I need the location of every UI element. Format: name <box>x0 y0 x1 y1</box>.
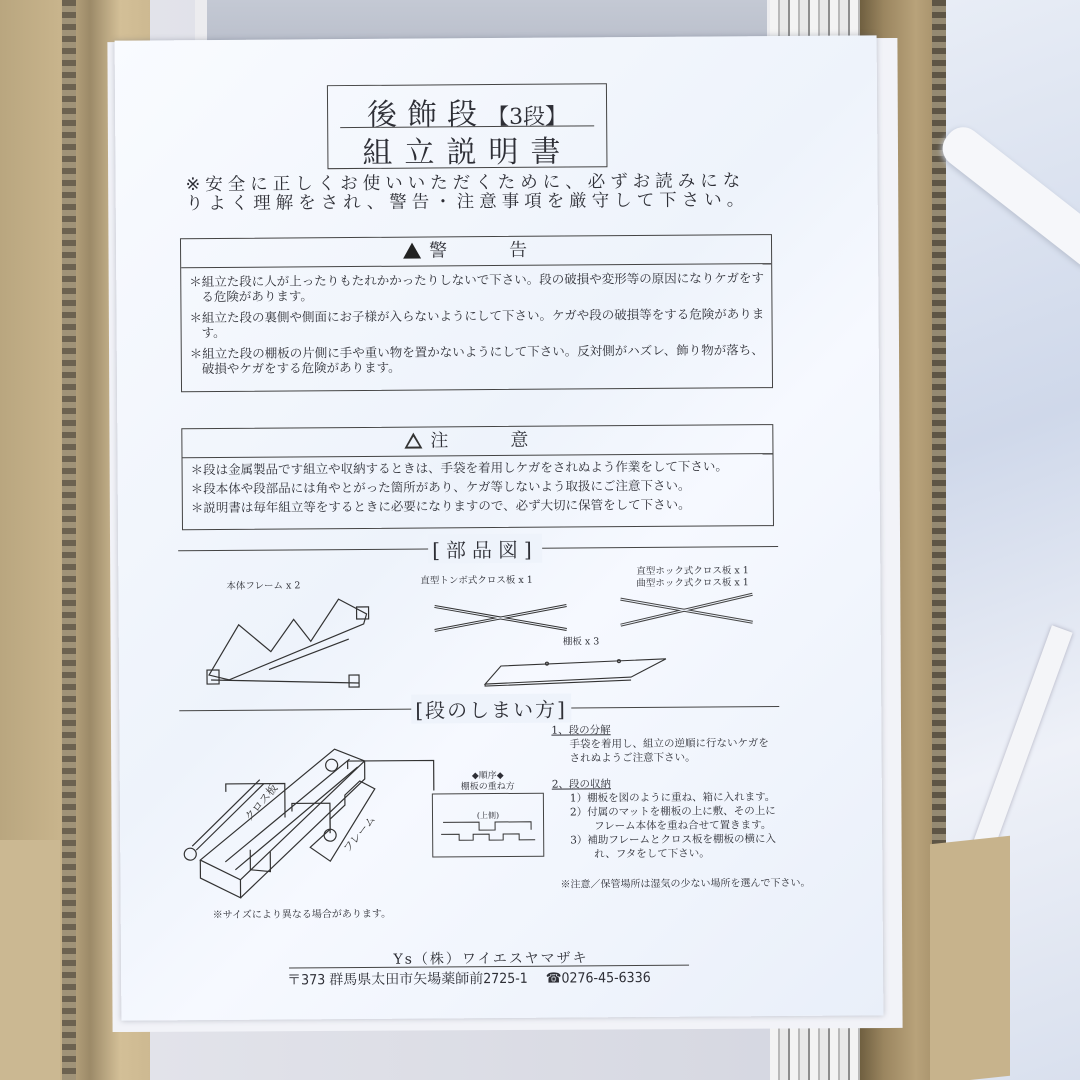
box-flap-left <box>0 840 60 1080</box>
warning-heading-text: 警 告 <box>429 240 549 262</box>
order-heading: ◆順序◆ <box>438 771 538 783</box>
warning-item: ＊組立た段の裏側や側面にお子様が入らないようにして下さい。ケガや段の破損等をする… <box>181 306 771 340</box>
frame-label: フレーム <box>341 813 379 855</box>
shelf-board-drawing <box>481 647 671 688</box>
stacking-order-drawing <box>439 818 537 849</box>
straight-dragonfly-cross-drawing <box>430 598 570 639</box>
title-box: 後飾段【3段】 組立説明書 <box>327 83 608 169</box>
storage-steps: 1、段の分解 手袋を着用し、組立の逆順に行ないケガを されぬようご注意下さい。 … <box>551 722 852 862</box>
intro-text: ※安全に正しくお使いいただくために、必ずお読みになりよく理解をされ、警告・注意事… <box>186 172 761 214</box>
size-note: ※サイズにより異なる場合があります。 <box>213 905 392 921</box>
part-label-curved-hook-cross: 曲型ホック式クロス板 x 1 <box>636 574 749 589</box>
document-subtitle: 組立説明書 <box>328 126 606 172</box>
warning-item: ＊組立た段の棚板の片側に手や重い物を置かないようにして下さい。反対側がハズレ、飾… <box>182 342 772 376</box>
caution-item: ＊段本体や段部品には角やとがった箇所があり、ケガ等しないよう取扱にご注意下さい。 <box>183 477 773 496</box>
caution-triangle-icon <box>404 433 422 449</box>
storage-section-title: [段のしまい方] <box>411 694 571 724</box>
caution-heading-text: 注 意 <box>430 430 550 452</box>
order-top-label: (上側) <box>438 810 538 822</box>
warning-heading: 警 告 <box>181 235 771 268</box>
caution-heading: 注 意 <box>182 425 772 458</box>
part-label-straight-dragonfly-cross: 直型トンボ式クロス板 x 1 <box>420 572 533 587</box>
parts-section-title: [部品図] <box>428 534 542 564</box>
warning-box: 警 告 ＊組立た段に人が上ったりもたれかかったりしないで下さい。段の破損や変形等… <box>180 234 773 392</box>
storage-diagram: クロス板 フレーム <box>179 728 450 900</box>
warning-item: ＊組立た段に人が上ったりもたれかかったりしないで下さい。段の破損や変形等の原因に… <box>181 270 771 304</box>
company-address-line: 〒373 群馬県太田市矢場薬師前2725-1☎0276-45-6336 <box>287 967 651 990</box>
caution-box: 注 意 ＊段は金属製品です組立や収納するときは、手袋を着用しケガをされぬよう作業… <box>181 424 774 530</box>
order-title: ◆順序◆棚板の重ね方 <box>438 771 538 794</box>
main-frame-drawing <box>198 579 379 690</box>
box-flap-right <box>930 836 1010 1080</box>
stacking-order-box <box>432 793 544 858</box>
company-phone: ☎0276-45-6336 <box>546 970 651 987</box>
order-subheading: 棚板の重ね方 <box>438 782 538 794</box>
caution-item: ＊段は金属製品です組立や収納するときは、手袋を着用しケガをされぬよう作業をして下… <box>183 458 773 477</box>
storage-note: ※注意／保管場所は湿気の少ない場所を選んで下さい。 <box>560 874 810 891</box>
step-line: れ、フタをして下さい。 <box>552 846 852 862</box>
warning-triangle-icon <box>403 243 421 259</box>
hook-cross-drawing <box>616 588 756 633</box>
cardboard-flute-left <box>62 0 76 1080</box>
caution-item: ＊説明書は毎年組立等をするときに必要になりますので、必ず大切に保管をして下さい。 <box>183 496 773 515</box>
cross-board-label: クロス板 <box>242 781 281 824</box>
instruction-sheet: 後飾段【3段】 組立説明書 ※安全に正しくお使いいただくために、必ずお読みになり… <box>115 35 884 1020</box>
company-address: 〒373 群馬県太田市矢場薬師前2725-1 <box>287 971 528 989</box>
